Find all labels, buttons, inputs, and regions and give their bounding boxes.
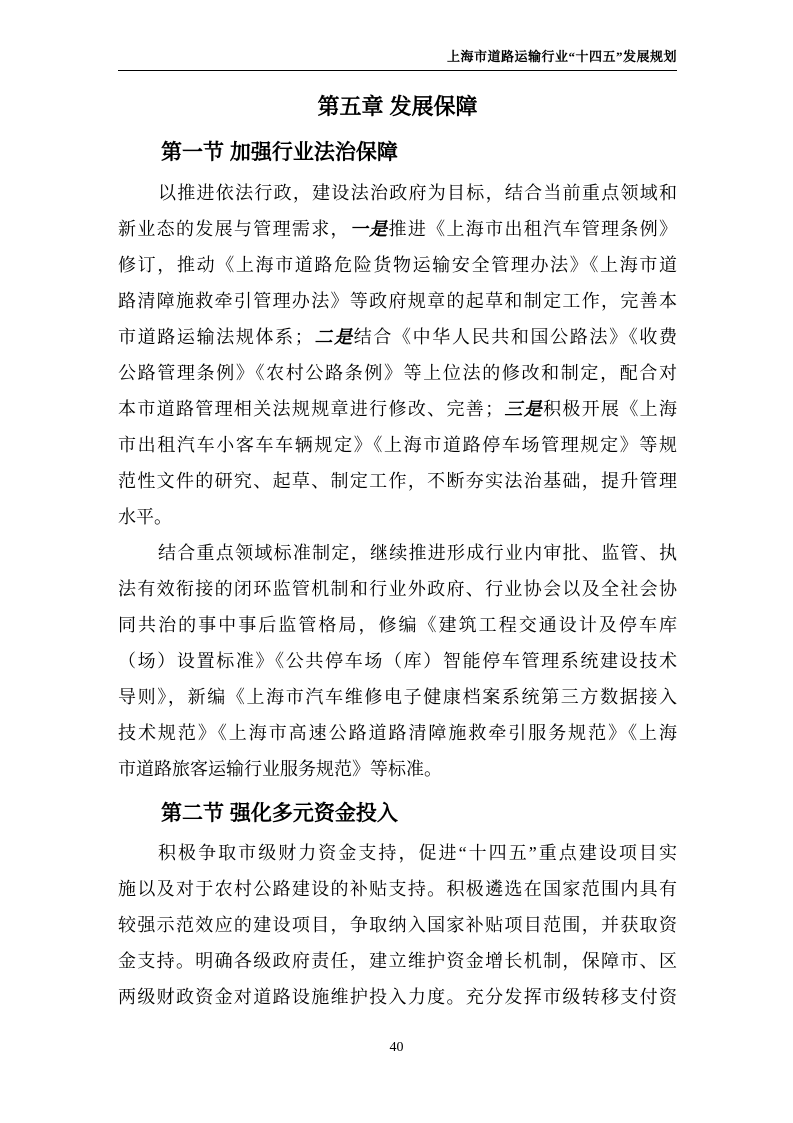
page-header: 上海市道路运输行业“十四五”发展规划 [118,0,677,71]
body-text-line: 以推进依法行政，建设法治政府为目标，结合当前重点领域和 [118,175,677,211]
text-segment: 公路管理条例》《农村公路条例》等上位法的修改和制定，配合对 [118,363,677,383]
body-paragraph: 结合重点领域标准制定，继续推进形成行业内审批、监管、执法有效衔接的闭环监管机制和… [118,535,677,787]
body-text-line: 积极争取市级财力资金支持，促进“十四五”重点建设项目实 [118,835,677,871]
body-text-line: 导则》，新编《上海市汽车维修电子健康档案系统第三方数据接入 [118,679,677,715]
text-segment: 导则》，新编《上海市汽车维修电子健康档案系统第三方数据接入 [118,687,677,707]
section-title-1: 第一节 加强行业法治保障 [161,140,677,166]
text-segment: 修订，推动《上海市道路危险货物运输安全管理办法》《上海市道 [118,255,677,275]
body-text-line: 修订，推动《上海市道路危险货物运输安全管理办法》《上海市道 [118,247,677,283]
body-text-line: 技术规范》《上海市高速公路道路清障施救牵引服务规范》《上海 [118,715,677,751]
running-header-title: 上海市道路运输行业“十四五”发展规划 [118,48,677,66]
body-text-line: （场）设置标准》《公共停车场（库）智能停车管理系统建设技术 [118,643,677,679]
text-segment: 结合重点领域标准制定，继续推进形成行业内审批、监管、执 [158,543,677,563]
text-segment: 范性文件的研究、起草、制定工作，不断夯实法治基础，提升管理 [118,471,677,491]
text-segment: 市道路旅客运输行业服务规范》等标准。 [118,759,442,779]
body-text-line: 市道路旅客运输行业服务规范》等标准。 [118,751,677,787]
text-segment: 积极开展《上海 [543,399,677,419]
body-text-line: 新业态的发展与管理需求，一是推进《上海市出租汽车管理条例》 [118,211,677,247]
text-segment: 路清障施救牵引管理办法》等政府规章的起草和制定工作，完善本 [118,291,677,311]
body-paragraph: 以推进依法行政，建设法治政府为目标，结合当前重点领域和新业态的发展与管理需求，一… [118,175,677,535]
body-text-line: 较强示范效应的建设项目，争取纳入国家补贴项目范围，并获取资 [118,907,677,943]
text-segment: （场）设置标准》《公共停车场（库）智能停车管理系统建设技术 [118,651,677,671]
text-segment: 市出租汽车小客车车辆规定》《上海市道路停车场管理规定》等规 [118,435,677,455]
page-number: 40 [0,1038,793,1058]
text-segment: 市道路运输法规体系； [118,327,313,347]
emphasis-bold: 二是 [313,327,354,347]
body-text-line: 水平。 [118,499,677,535]
text-segment: 本市道路管理相关法规规章进行修改、完善； [118,399,503,419]
body-text-line: 路清障施救牵引管理办法》等政府规章的起草和制定工作，完善本 [118,283,677,319]
text-segment: 积极争取市级财力资金支持，促进“十四五”重点建设项目实 [158,843,677,863]
body-paragraph: 积极争取市级财力资金支持，促进“十四五”重点建设项目实施以及对于农村公路建设的补… [118,835,677,1015]
text-segment: 水平。 [118,507,172,527]
text-segment: 法有效衔接的闭环监管机制和行业外政府、行业协会以及全社会协 [118,579,677,599]
body-flow: 第一节 加强行业法治保障以推进依法行政，建设法治政府为目标，结合当前重点领域和新… [118,140,677,1015]
text-segment: 两级财政资金对道路设施维护投入力度。充分发挥市级转移支付资 [118,987,677,1007]
text-segment: 以推进依法行政，建设法治政府为目标，结合当前重点领域和 [158,183,677,203]
body-text-line: 市出租汽车小客车车辆规定》《上海市道路停车场管理规定》等规 [118,427,677,463]
body-text-line: 结合重点领域标准制定，继续推进形成行业内审批、监管、执 [118,535,677,571]
text-segment: 结合《中华人民共和国公路法》《收费 [354,327,677,347]
section-title-2: 第二节 强化多元资金投入 [161,801,677,827]
body-text-line: 两级财政资金对道路设施维护投入力度。充分发挥市级转移支付资 [118,979,677,1015]
body-text-line: 本市道路管理相关法规规章进行修改、完善；三是积极开展《上海 [118,391,677,427]
body-text-line: 法有效衔接的闭环监管机制和行业外政府、行业协会以及全社会协 [118,571,677,607]
body-text-line: 施以及对于农村公路建设的补贴支持。积极遴选在国家范围内具有 [118,871,677,907]
body-text-line: 公路管理条例》《农村公路条例》等上位法的修改和制定，配合对 [118,355,677,391]
body-text-line: 范性文件的研究、起草、制定工作，不断夯实法治基础，提升管理 [118,463,677,499]
body-text-line: 市道路运输法规体系；二是结合《中华人民共和国公路法》《收费 [118,319,677,355]
text-segment: 新业态的发展与管理需求， [118,219,350,239]
text-segment: 金支持。明确各级政府责任，建立维护资金增长机制，保障市、区 [118,951,677,971]
chapter-title: 第五章 发展保障 [118,93,677,121]
emphasis-bold: 一是 [350,219,389,239]
emphasis-bold: 三是 [503,399,543,419]
body-text-line: 金支持。明确各级政府责任，建立维护资金增长机制，保障市、区 [118,943,677,979]
text-segment: 施以及对于农村公路建设的补贴支持。积极遴选在国家范围内具有 [118,879,677,899]
text-segment: 较强示范效应的建设项目，争取纳入国家补贴项目范围，并获取资 [118,915,677,935]
text-segment: 技术规范》《上海市高速公路道路清障施救牵引服务规范》《上海 [118,723,677,743]
text-segment: 推进《上海市出租汽车管理条例》 [389,219,678,239]
header-rule [118,70,677,71]
body-text-line: 同共治的事中事后监管格局，修编《建筑工程交通设计及停车库 [118,607,677,643]
text-segment: 同共治的事中事后监管格局，修编《建筑工程交通设计及停车库 [118,615,677,635]
document-page: 上海市道路运输行业“十四五”发展规划 第五章 发展保障 第一节 加强行业法治保障… [0,0,793,1123]
